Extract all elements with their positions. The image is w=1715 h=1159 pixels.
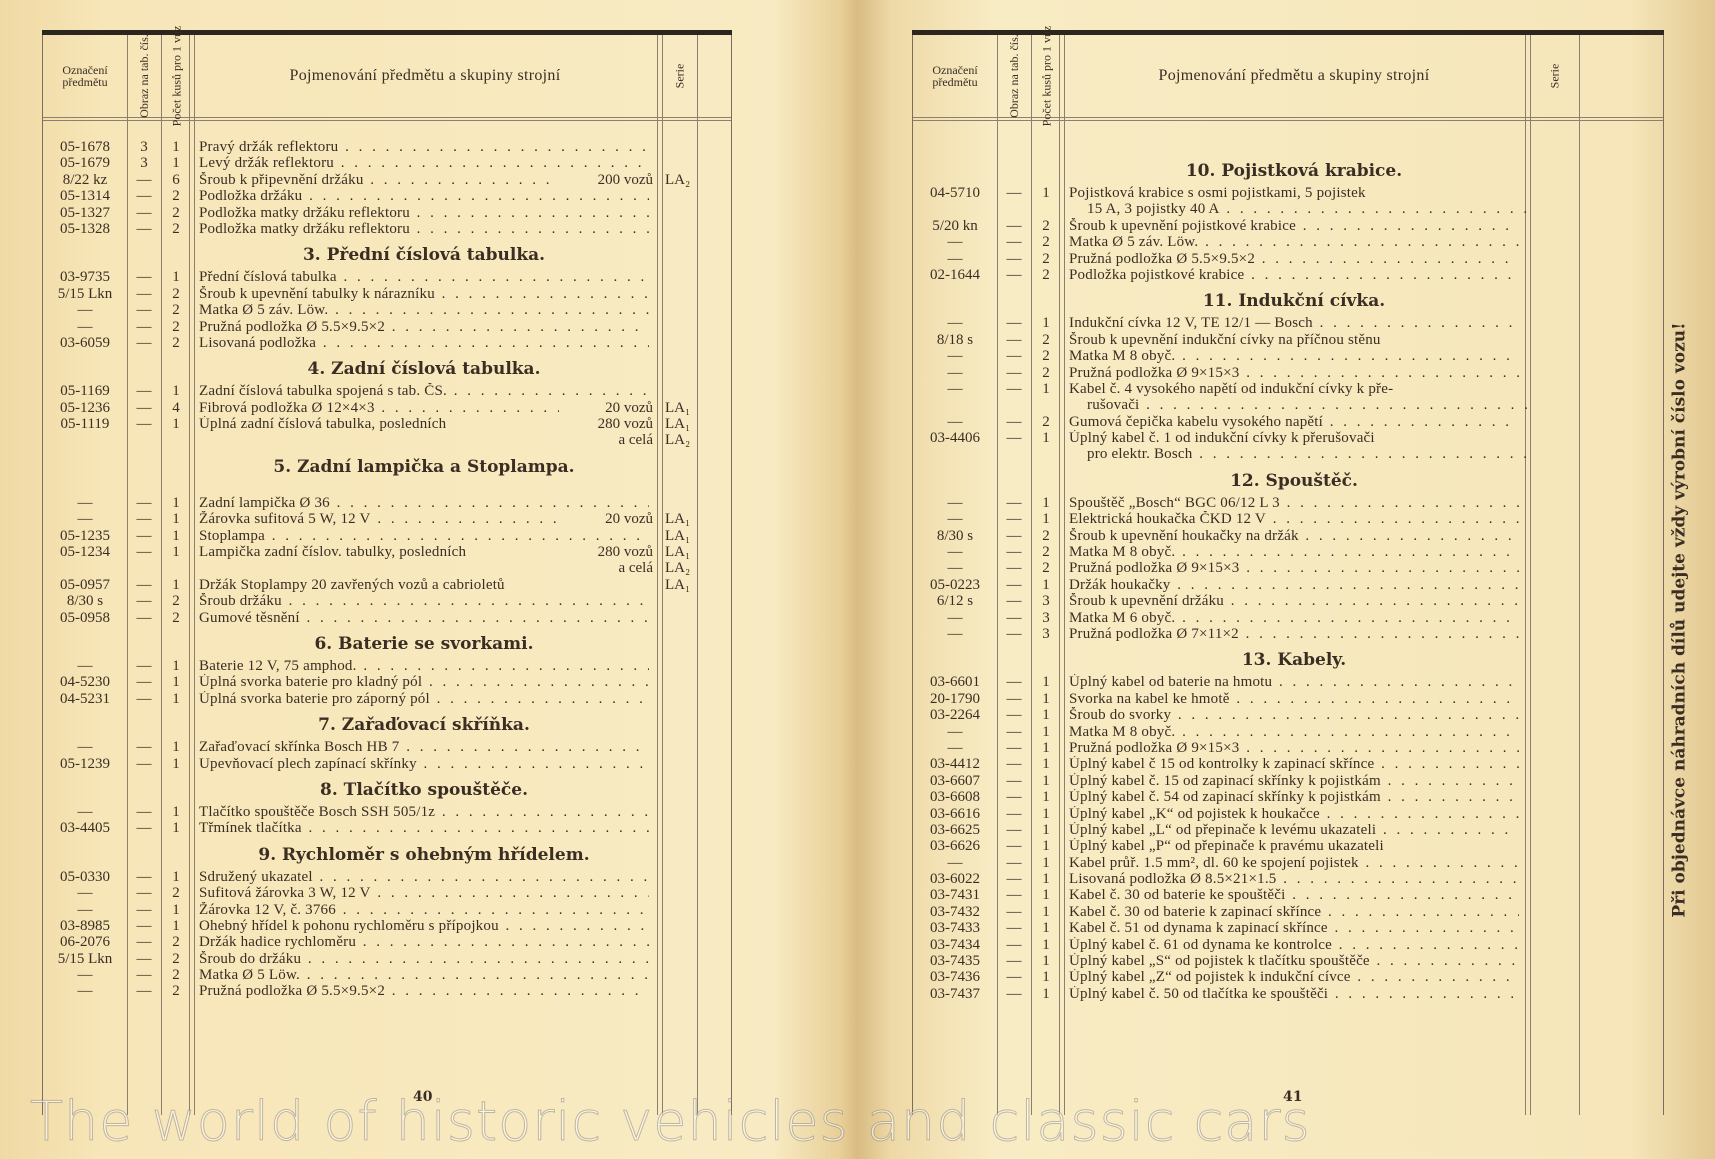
quantity: 1: [161, 269, 191, 285]
part-code: —: [913, 855, 997, 871]
part-name: Šroub k upevnění indukční cívky na příčn…: [1069, 332, 1519, 348]
figure-number: —: [997, 544, 1031, 560]
part-name: Pružná podložka Ø 9×15×3: [1069, 740, 1519, 756]
part-name: Zařaďovací skřínka Bosch HB 7: [199, 739, 649, 755]
figure-number: —: [997, 740, 1031, 756]
quantity: 2: [161, 286, 191, 302]
table-row: 03-6608—1Úplný kabel č. 54 od zapinací s…: [913, 789, 1663, 805]
part-code: 02-1644: [913, 267, 997, 283]
figure-number: —: [997, 674, 1031, 690]
part-code: 03-7435: [913, 953, 997, 969]
table-row: 03-6059—2Lisovaná podložka: [43, 335, 731, 351]
table-row: ——2Pružná podložka Ø 9×15×3: [913, 560, 1663, 576]
quantity: 1: [1031, 185, 1061, 201]
table-row: 05-1236—4Fibrová podložka Ø 12×4×320 voz…: [43, 400, 731, 416]
figure-number: —: [127, 756, 161, 772]
part-name: Držák houkačky: [1069, 577, 1519, 593]
part-code: 05-0330: [43, 869, 127, 885]
quantity: 1: [1031, 806, 1061, 822]
table-row: pro elektr. Bosch: [913, 446, 1663, 462]
series-note: 200 vozů: [563, 172, 653, 188]
part-code: 8/30 s: [913, 528, 997, 544]
quantity: 1: [161, 155, 191, 171]
figure-number: —: [127, 416, 161, 432]
figure-number: —: [997, 430, 1031, 446]
table-row: 03-4412—1Úplný kabel č 15 od kontrolky k…: [913, 756, 1663, 772]
part-name: Úplný kabel č. 15 od zapinací skřínky k …: [1069, 773, 1519, 789]
part-code: —: [43, 319, 127, 335]
serie: LA₁: [665, 511, 690, 527]
quantity: 1: [1031, 953, 1061, 969]
table-row: ——3Pružná podložka Ø 7×11×2: [913, 626, 1663, 642]
part-name: Úplný kabel č. 50 od tlačítka ke spouště…: [1069, 986, 1519, 1002]
part-code: —: [913, 626, 997, 642]
part-code: 03-6059: [43, 335, 127, 351]
series-note: a celá: [563, 560, 653, 576]
table-row: 04-5230—1Úplná svorka baterie pro kladný…: [43, 674, 731, 690]
part-code: 8/22 kz: [43, 172, 127, 188]
figure-number: —: [127, 967, 161, 983]
table-row: 05-1119—1Úplná zadní číslová tabulka, po…: [43, 416, 731, 432]
quantity: 1: [1031, 495, 1061, 511]
figure-number: —: [997, 707, 1031, 723]
part-code: 05-1234: [43, 544, 127, 560]
quantity: 3: [1031, 626, 1061, 642]
figure-number: —: [127, 820, 161, 836]
part-code: —: [913, 234, 997, 250]
part-name: rušovači: [1069, 397, 1537, 413]
quantity: 2: [161, 302, 191, 318]
quantity: 2: [1031, 348, 1061, 364]
table-row: 05-167831Pravý držák reflektoru: [43, 139, 731, 155]
part-name: Tlačítko spouštěče Bosch SSH 505/1z: [199, 804, 649, 820]
part-code: —: [43, 967, 127, 983]
series-note: 20 vozů: [563, 400, 653, 416]
table-row: 5/15 Lkn—2Šroub do držáku: [43, 951, 731, 967]
spacer: [913, 139, 1663, 153]
quantity: 1: [1031, 986, 1061, 1002]
part-code: 03-6607: [913, 773, 997, 789]
table-row: 05-1239—1Upevňovací plech zapínací skřín…: [43, 756, 731, 772]
quantity: 1: [161, 139, 191, 155]
part-code: —: [913, 511, 997, 527]
table-row: ——2Pružná podložka Ø 5.5×9.5×2: [43, 983, 731, 999]
quantity: 2: [1031, 332, 1061, 348]
figure-number: —: [997, 267, 1031, 283]
header-serie: Serie: [1529, 35, 1579, 117]
table-row: ——3Matka M 6 obyč.: [913, 610, 1663, 626]
quantity: 2: [1031, 267, 1061, 283]
table-row: a celáLA₂: [43, 560, 731, 576]
part-code: —: [43, 511, 127, 527]
part-name: Pružná podložka Ø 5.5×9.5×2: [199, 319, 649, 335]
part-code: 03-7433: [913, 920, 997, 936]
table-row: 05-0330—1Sdružený ukazatel: [43, 869, 731, 885]
part-name: Žárovka sufitová 5 W, 12 V: [199, 511, 559, 527]
part-name: Kabel č. 4 vysokého napětí od indukční c…: [1069, 381, 1519, 397]
figure-number: —: [997, 904, 1031, 920]
part-code: 03-6625: [913, 822, 997, 838]
part-code: 03-4405: [43, 820, 127, 836]
part-code: —: [913, 495, 997, 511]
figure-number: 3: [127, 155, 161, 171]
part-name: Šroub do svorky: [1069, 707, 1519, 723]
table-row: 03-7435—1Úplný kabel „S“ od pojistek k t…: [913, 953, 1663, 969]
part-code: —: [913, 315, 997, 331]
figure-number: 3: [127, 139, 161, 155]
figure-number: —: [127, 383, 161, 399]
quantity: 2: [161, 319, 191, 335]
table-row: ——1Elektrická houkačka ČKD 12 V: [913, 511, 1663, 527]
figure-number: —: [127, 983, 161, 999]
part-name: Zadní číslová tabulka spojená s tab. ČS.: [199, 383, 649, 399]
part-name: Šroub k upevnění tabulky k nárazníku: [199, 286, 649, 302]
quantity: 1: [1031, 315, 1061, 331]
quantity: 2: [161, 934, 191, 950]
section-heading: 4. Zadní číslová tabulka.: [199, 351, 649, 383]
header-code: Označení předmětu: [913, 35, 997, 117]
table-row: ——2Sufitová žárovka 3 W, 12 V: [43, 885, 731, 901]
quantity: 1: [161, 691, 191, 707]
part-code: —: [43, 658, 127, 674]
part-code: 04-5230: [43, 674, 127, 690]
figure-number: —: [997, 806, 1031, 822]
figure-number: —: [997, 315, 1031, 331]
table-row: 03-2264—1Šroub do svorky: [913, 707, 1663, 723]
figure-number: —: [997, 986, 1031, 1002]
quantity: 2: [161, 221, 191, 237]
table-row: rušovači: [913, 397, 1663, 413]
figure-number: —: [997, 610, 1031, 626]
part-name: Lisovaná podložka Ø 8.5×21×1.5: [1069, 871, 1519, 887]
figure-number: —: [997, 937, 1031, 953]
quantity: 2: [161, 205, 191, 221]
table-row: 8/30 s—2Šroub držáku: [43, 593, 731, 609]
quantity: 1: [161, 674, 191, 690]
table-row: 03-7431—1Kabel č. 30 od baterie ke spouš…: [913, 887, 1663, 903]
part-code: 03-4412: [913, 756, 997, 772]
figure-number: —: [127, 495, 161, 511]
part-name: Úplný kabel od baterie na hmotu: [1069, 674, 1519, 690]
part-code: 6/12 s: [913, 593, 997, 609]
quantity: 1: [161, 902, 191, 918]
part-name: Matka Ø 5 Löw.: [199, 967, 649, 983]
quantity: 1: [161, 756, 191, 772]
figure-number: —: [997, 495, 1031, 511]
part-name: 15 A, 3 pojistky 40 A: [1069, 201, 1537, 217]
section-heading: 11. Indukční cívka.: [1069, 283, 1519, 315]
table-row: 03-4406—1Úplný kabel č. 1 od indukční cí…: [913, 430, 1663, 446]
table-row: ——1Spouštěč „Bosch“ BGC 06/12 L 3: [913, 495, 1663, 511]
table-row: ——2Matka Ø 5 záv. Löw.: [43, 302, 731, 318]
figure-number: —: [127, 544, 161, 560]
figure-number: —: [127, 869, 161, 885]
quantity: 1: [1031, 838, 1061, 854]
part-name: Přední číslová tabulka: [199, 269, 649, 285]
quantity: 3: [1031, 610, 1061, 626]
part-name: Pojistková krabice s osmi pojistkami, 5 …: [1069, 185, 1519, 201]
part-code: 03-7432: [913, 904, 997, 920]
part-code: 03-4406: [913, 430, 997, 446]
quantity: 1: [161, 528, 191, 544]
part-code: 20-1790: [913, 691, 997, 707]
table-row: 03-7432—1Kabel č. 30 od baterie k zapina…: [913, 904, 1663, 920]
quantity: 1: [1031, 822, 1061, 838]
figure-number: —: [127, 691, 161, 707]
table-row: 06-2076—2Držák hadice rychloměru: [43, 934, 731, 950]
part-name: Stoplampa: [199, 528, 649, 544]
figure-number: —: [127, 172, 161, 188]
part-code: 03-7437: [913, 986, 997, 1002]
figure-number: —: [997, 560, 1031, 576]
part-code: 05-1169: [43, 383, 127, 399]
part-code: —: [43, 302, 127, 318]
figure-number: —: [997, 414, 1031, 430]
figure-number: —: [127, 918, 161, 934]
quantity: 1: [161, 869, 191, 885]
part-name: Šroub k upevnění držáku: [1069, 593, 1519, 609]
table-row: 6/12 s—3Šroub k upevnění držáku: [913, 593, 1663, 609]
quantity: 1: [1031, 887, 1061, 903]
part-code: —: [913, 610, 997, 626]
table-row: 03-6616—1Úplný kabel „K“ od pojistek k h…: [913, 806, 1663, 822]
table-row: 05-0223—1Držák houkačky: [913, 577, 1663, 593]
figure-number: —: [127, 302, 161, 318]
part-code: —: [43, 983, 127, 999]
table-row: ——2Matka M 8 obyč.: [913, 348, 1663, 364]
part-name: Úplný kabel „L“ od přepinače k levému uk…: [1069, 822, 1519, 838]
quantity: 1: [1031, 920, 1061, 936]
part-name: Podložka pojistkové krabice: [1069, 267, 1519, 283]
part-name: Kabel č. 30 od baterie ke spouštěči: [1069, 887, 1519, 903]
table-header: Označení předmětu Obraz na tab. čís. Poč…: [43, 35, 731, 121]
part-name: pro elektr. Bosch: [1069, 446, 1537, 462]
table-row: 05-1327—2Podložka matky držáku reflektor…: [43, 205, 731, 221]
figure-number: —: [127, 658, 161, 674]
header-name: Pojmenování předmětu a skupiny strojní: [193, 35, 657, 117]
quantity: 2: [1031, 528, 1061, 544]
figure-number: —: [997, 871, 1031, 887]
right-page: Označení předmětu Obraz na tab. čís. Poč…: [912, 30, 1664, 1115]
figure-number: —: [997, 969, 1031, 985]
series-note: a celá: [563, 432, 653, 448]
figure-number: —: [127, 188, 161, 204]
part-name: Svorka na kabel ke hmotě: [1069, 691, 1519, 707]
part-name: Kabel č. 51 od dynama k zapinací skřínce: [1069, 920, 1519, 936]
quantity: 2: [161, 967, 191, 983]
serie: LA₂: [665, 560, 690, 576]
part-name: Zadní lampička Ø 36: [199, 495, 649, 511]
table-row: 05-167931Levý držák reflektoru: [43, 155, 731, 171]
table-row: 05-1234—1Lampička zadní číslov. tabulky,…: [43, 544, 731, 560]
quantity: 2: [161, 593, 191, 609]
part-name: Úplná zadní číslová tabulka, posledních: [199, 416, 559, 432]
part-code: 8/18 s: [913, 332, 997, 348]
table-row: 03-6607—1Úplný kabel č. 15 od zapinací s…: [913, 773, 1663, 789]
part-name: Baterie 12 V, 75 amphod.: [199, 658, 649, 674]
quantity: 2: [1031, 234, 1061, 250]
quantity: 1: [1031, 904, 1061, 920]
figure-number: —: [127, 511, 161, 527]
part-name: Matka M 8 obyč.: [1069, 724, 1519, 740]
part-code: —: [913, 414, 997, 430]
figure-number: —: [127, 577, 161, 593]
table-row: ——1Kabel průř. 1.5 mm², dl. 60 ke spojen…: [913, 855, 1663, 871]
section-heading: 8. Tlačítko spouštěče.: [199, 772, 649, 804]
part-name: Šroub do držáku: [199, 951, 649, 967]
part-code: 05-0223: [913, 577, 997, 593]
figure-number: —: [127, 335, 161, 351]
section-heading: 9. Rychloměr s ohebným hřídelem.: [199, 837, 649, 869]
quantity: 2: [161, 983, 191, 999]
table-row: ——1Pružná podložka Ø 9×15×3: [913, 740, 1663, 756]
table-row: 03-6625—1Úplný kabel „L“ od přepinače k …: [913, 822, 1663, 838]
figure-number: —: [997, 218, 1031, 234]
figure-number: —: [997, 251, 1031, 267]
part-name: Gumová čepička kabelu vysokého napětí: [1069, 414, 1519, 430]
table-row: 03-7436—1Úplný kabel „Z“ od pojistek k i…: [913, 969, 1663, 985]
part-name: Držák Stoplampy 20 zavřených vozů a cabr…: [199, 577, 649, 593]
figure-number: —: [997, 381, 1031, 397]
quantity: 1: [161, 544, 191, 560]
figure-number: —: [997, 887, 1031, 903]
figure-number: —: [997, 577, 1031, 593]
part-code: —: [913, 348, 997, 364]
part-code: —: [913, 365, 997, 381]
quantity: 1: [1031, 773, 1061, 789]
part-name: Úplný kabel č. 1 od indukční cívky k pře…: [1069, 430, 1519, 446]
part-name: Sufitová žárovka 3 W, 12 V: [199, 885, 649, 901]
figure-number: —: [127, 269, 161, 285]
part-code: 03-6626: [913, 838, 997, 854]
part-name: Úplný kabel „P“ od přepinače k pravému u…: [1069, 838, 1519, 854]
table-row: 5/15 Lkn—2Šroub k upevnění tabulky k nár…: [43, 286, 731, 302]
quantity: 1: [1031, 691, 1061, 707]
part-code: —: [913, 544, 997, 560]
part-code: 05-0957: [43, 577, 127, 593]
serie: LA₁: [665, 528, 690, 544]
table-row: ——1Baterie 12 V, 75 amphod.: [43, 658, 731, 674]
part-name: Pružná podložka Ø 5.5×9.5×2: [199, 983, 649, 999]
part-name: Pružná podložka Ø 7×11×2: [1069, 626, 1519, 642]
part-code: 05-1119: [43, 416, 127, 432]
table-row: 03-8985—1Ohebný hřídel k pohonu rychlomě…: [43, 918, 731, 934]
table-row: ——2Matka Ø 5 Löw.: [43, 967, 731, 983]
part-name: Úplná svorka baterie pro kladný pól: [199, 674, 649, 690]
quantity: 1: [1031, 855, 1061, 871]
serie: LA₂: [665, 432, 690, 448]
table-row: ——1Indukční cívka 12 V, TE 12/1 — Bosch: [913, 315, 1663, 331]
figure-number: —: [997, 822, 1031, 838]
part-code: 03-7431: [913, 887, 997, 903]
table-row: 04-5710—1Pojistková krabice s osmi pojis…: [913, 185, 1663, 201]
part-code: —: [913, 740, 997, 756]
quantity: 1: [1031, 969, 1061, 985]
series-note: 280 vozů: [563, 544, 653, 560]
parts-table-left: Označení předmětu Obraz na tab. čís. Poč…: [42, 35, 732, 1115]
figure-number: —: [127, 610, 161, 626]
figure-number: —: [997, 348, 1031, 364]
quantity: 1: [1031, 724, 1061, 740]
quantity: 1: [1031, 430, 1061, 446]
table-row: ——2Matka M 8 obyč.: [913, 544, 1663, 560]
part-code: 03-2264: [913, 707, 997, 723]
part-code: 05-1327: [43, 205, 127, 221]
table-row: 05-0958—2Gumové těsnění: [43, 610, 731, 626]
figure-number: —: [127, 286, 161, 302]
figure-number: —: [997, 724, 1031, 740]
part-name: Matka M 8 obyč.: [1069, 544, 1519, 560]
part-code: 03-8985: [43, 918, 127, 934]
figure-number: —: [997, 691, 1031, 707]
part-name: Úplný kabel č 15 od kontrolky k zapinací…: [1069, 756, 1519, 772]
part-name: Úplná svorka baterie pro záporný pól: [199, 691, 649, 707]
figure-number: —: [997, 234, 1031, 250]
part-name: Levý držák reflektoru: [199, 155, 649, 171]
quantity: 2: [161, 188, 191, 204]
figure-number: —: [127, 319, 161, 335]
part-code: 03-6616: [913, 806, 997, 822]
part-code: 5/15 Lkn: [43, 951, 127, 967]
figure-number: —: [997, 789, 1031, 805]
header-name: Pojmenování předmětu a skupiny strojní: [1063, 35, 1525, 117]
table-row: 03-7434—1Úplný kabel č. 61 od dynama ke …: [913, 937, 1663, 953]
parts-table-right: Označení předmětu Obraz na tab. čís. Poč…: [912, 35, 1664, 1115]
figure-number: —: [127, 528, 161, 544]
table-row: 04-5231—1Úplná svorka baterie pro záporn…: [43, 691, 731, 707]
table-row: ——1Žárovka sufitová 5 W, 12 V20 vozůLA₁: [43, 511, 731, 527]
part-name: Gumové těsnění: [199, 610, 649, 626]
part-name: Držák hadice rychloměru: [199, 934, 649, 950]
quantity: 6: [161, 172, 191, 188]
part-name: Šroub k upevnění houkačky na držák: [1069, 528, 1519, 544]
quantity: 1: [161, 577, 191, 593]
part-name: Pravý držák reflektoru: [199, 139, 649, 155]
part-code: 05-1314: [43, 188, 127, 204]
figure-number: —: [127, 674, 161, 690]
quantity: 2: [161, 885, 191, 901]
table-row: ——2Pružná podložka Ø 5.5×9.5×2: [43, 319, 731, 335]
part-code: 03-6601: [913, 674, 997, 690]
part-name: Úplný kabel „K“ od pojistek k houkačce: [1069, 806, 1519, 822]
figure-number: —: [997, 953, 1031, 969]
figure-number: —: [997, 528, 1031, 544]
part-code: 03-7436: [913, 969, 997, 985]
table-row: ——1Zařaďovací skřínka Bosch HB 7: [43, 739, 731, 755]
table-row: 03-9735—1Přední číslová tabulka: [43, 269, 731, 285]
table-row: 05-1314—2Podložka držáku: [43, 188, 731, 204]
figure-number: —: [997, 593, 1031, 609]
part-code: 05-1236: [43, 400, 127, 416]
part-name: Lampička zadní číslov. tabulky, poslední…: [199, 544, 559, 560]
figure-number: —: [997, 185, 1031, 201]
table-row: ——1Kabel č. 4 vysokého napětí od indukčn…: [913, 381, 1663, 397]
figure-number: —: [127, 934, 161, 950]
part-name: Úplný kabel „Z“ od pojistek k indukční c…: [1069, 969, 1519, 985]
figure-number: —: [127, 804, 161, 820]
part-name: Šroub k připevnění držáku: [199, 172, 559, 188]
table-row: ——2Matka Ø 5 záv. Löw.: [913, 234, 1663, 250]
series-note: 20 vozů: [563, 511, 653, 527]
quantity: 2: [1031, 414, 1061, 430]
quantity: 4: [161, 400, 191, 416]
table-row: 20-1790—1Svorka na kabel ke hmotě: [913, 691, 1663, 707]
table-row: 03-6626—1Úplný kabel „P“ od přepinače k …: [913, 838, 1663, 854]
spacer: [43, 481, 731, 495]
part-code: 03-6022: [913, 871, 997, 887]
table-row: 15 A, 3 pojistky 40 A: [913, 201, 1663, 217]
part-code: —: [43, 495, 127, 511]
